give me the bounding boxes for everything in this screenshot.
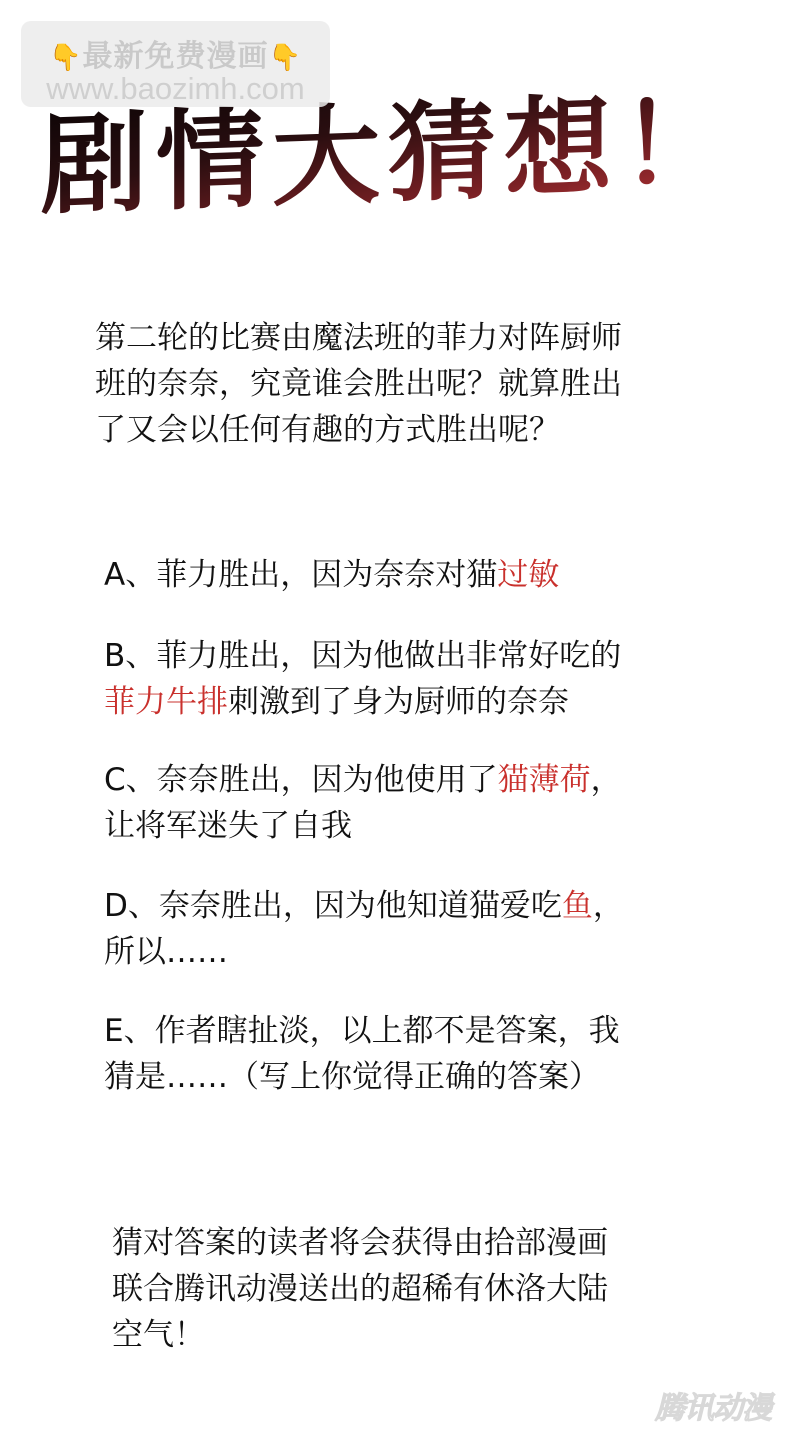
option-e: E、作者瞎扯淡，以上都不是答案，我 猜是……（写上你觉得正确的答案） [104,1008,724,1100]
option-line: 菲力牛排刺激到了身为厨师的奈奈 [104,679,724,725]
highlight-text: 过敏 [497,557,559,593]
option-d: D、奈奈胜出，因为他知道猫爱吃鱼， 所以…… [104,883,724,975]
option-line: E、作者瞎扯淡，以上都不是答案，我 [104,1008,724,1054]
prize-line: 空气！ [112,1312,712,1358]
pointing-down-hand-icon: 👇 [269,43,302,73]
intro-line: 第二轮的比赛由魔法班的菲力对阵厨师 [95,315,725,361]
option-c: C、奈奈胜出，因为他使用了猫薄荷， 让将军迷失了自我 [104,757,724,849]
option-line: 所以…… [104,929,724,975]
watermark-label: 最新免费漫画 [83,39,269,74]
prize-line: 猜对答案的读者将会获得由拾部漫画 [112,1220,712,1266]
option-line: 猜是……（写上你觉得正确的答案） [104,1054,724,1100]
prize-announcement: 猜对答案的读者将会获得由拾部漫画 联合腾讯动漫送出的超稀有休洛大陆 空气！ [112,1220,712,1358]
intro-line: 了又会以任何有趣的方式胜出呢？ [95,407,725,453]
highlight-text: 鱼 [562,888,593,924]
prize-line: 联合腾讯动漫送出的超稀有休洛大陆 [112,1266,712,1312]
option-line: D、奈奈胜出，因为他知道猫爱吃鱼， [104,883,724,929]
option-line: 让将军迷失了自我 [104,803,724,849]
site-watermark: 👇最新免费漫画👇 www.baozimh.com [21,21,330,107]
highlight-text: 菲力牛排 [104,684,228,720]
highlight-text: 猫薄荷 [498,762,591,798]
option-b: B、菲力胜出，因为他做出非常好吃的 菲力牛排刺激到了身为厨师的奈奈 [104,633,724,725]
intro-line: 班的奈奈，究竟谁会胜出呢？就算胜出 [95,361,725,407]
option-a: A、菲力胜出，因为奈奈对猫过敏 [104,552,724,598]
watermark-line1: 👇最新免费漫画👇 [21,31,330,75]
tencent-comic-logo: 腾讯动漫 [655,1383,771,1427]
intro-paragraph: 第二轮的比赛由魔法班的菲力对阵厨师 班的奈奈，究竟谁会胜出呢？就算胜出 了又会以… [95,315,725,453]
option-line: A、菲力胜出，因为奈奈对猫过敏 [104,552,724,598]
watermark-url: www.baozimh.com [21,71,330,107]
option-line: B、菲力胜出，因为他做出非常好吃的 [104,633,724,679]
pointing-down-hand-icon: 👇 [49,43,82,73]
option-line: C、奈奈胜出，因为他使用了猫薄荷， [104,757,724,803]
